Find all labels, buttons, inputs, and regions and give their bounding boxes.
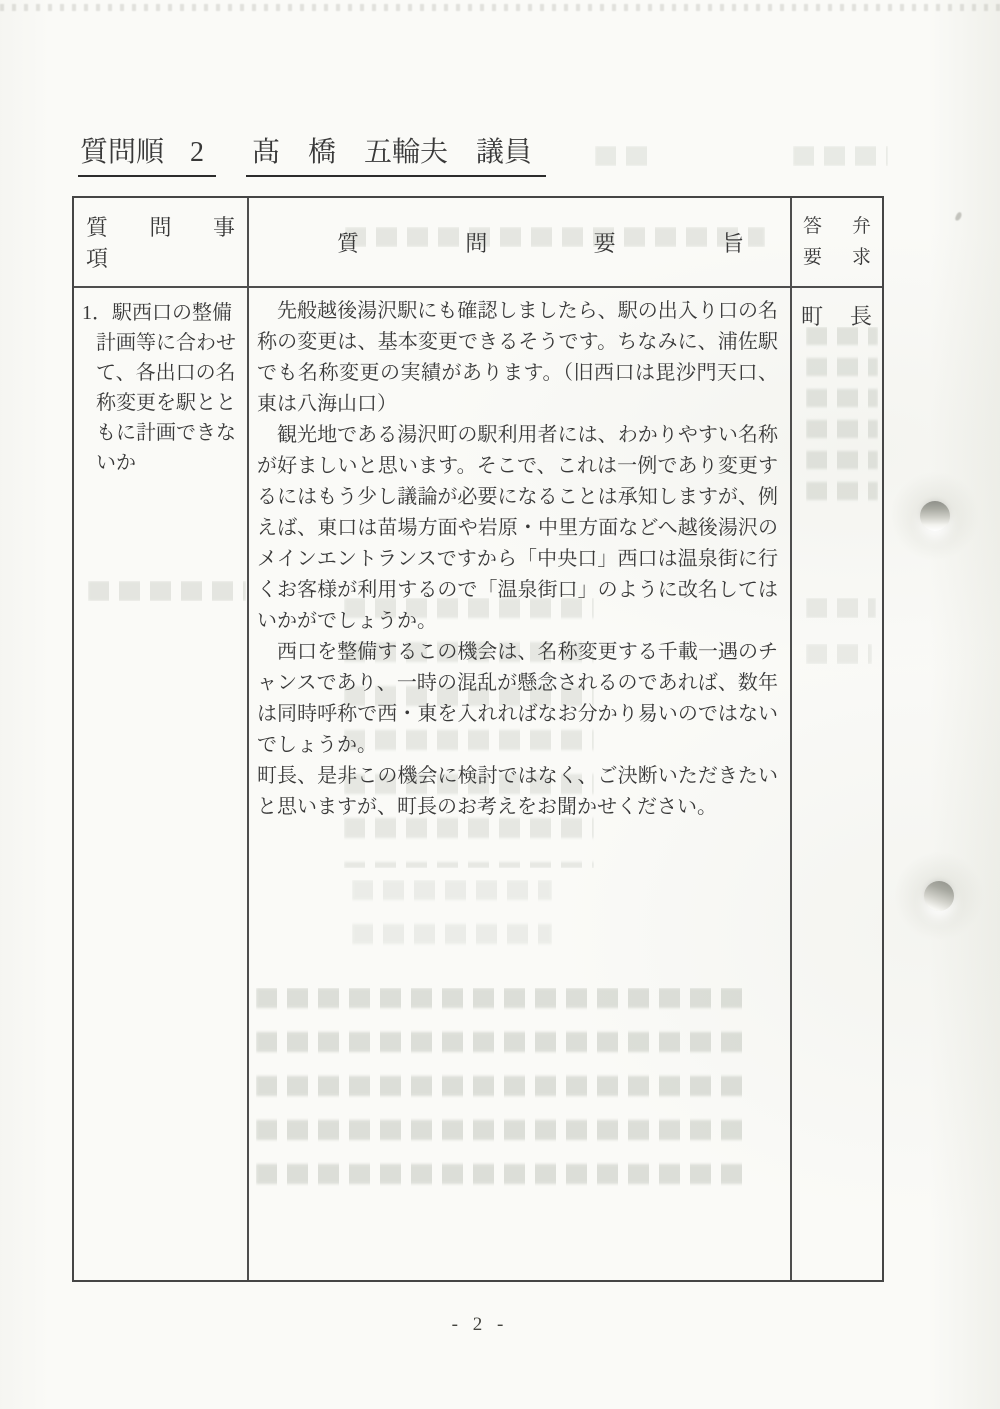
respondent-label: 町 長 (792, 300, 882, 331)
document-heading: 質問順2 髙 橋 五輪夫 議員 (78, 136, 546, 177)
question-item-line: 称変更を駅とと (82, 388, 239, 418)
bleed-through-text (793, 146, 888, 166)
question-item-line: 計画等に合わせ (82, 328, 239, 358)
header-answer-request-line1: 答 弁 (803, 215, 871, 239)
question-order: 質問順2 (78, 136, 216, 177)
hole-punch (920, 501, 950, 531)
question-table: 質 問 事 項 質 問 要 旨 答 弁 要 求 1．駅西口の整備 計画等に合わせ… (72, 196, 884, 1282)
answer-request-cell: 町 長 (792, 288, 882, 1280)
header-question-summary: 質 問 要 旨 (249, 198, 792, 288)
summary-paragraph: 西口を整備するこの機会は、名称変更する千載一遇のチャンスであり、一時の混乱が懸念… (257, 637, 778, 761)
bleed-through-text (595, 146, 655, 166)
header-question-summary-label: 質 問 要 旨 (337, 227, 744, 258)
question-item-line: 1．駅西口の整備 (82, 298, 239, 328)
hole-punch (924, 881, 954, 911)
council-member-name: 髙 橋 五輪夫 議員 (246, 136, 546, 177)
header-question-item: 質 問 事 項 (74, 198, 249, 288)
summary-paragraph: 観光地である湯沢町の駅利用者には、わかりやすい名称が好ましいと思います。そこで、… (257, 420, 778, 637)
question-item-line: もに計画できな (82, 418, 239, 448)
header-answer-request: 答 弁 要 求 (792, 198, 882, 288)
question-item-line: いか (82, 448, 239, 478)
question-item-line: て、各出口の名 (82, 358, 239, 388)
question-item-cell: 1．駅西口の整備 計画等に合わせ て、各出口の名 称変更を駅とと もに計画できな… (74, 288, 249, 1280)
question-order-label: 質問順 (80, 136, 164, 170)
question-summary-cell: 先般越後湯沢駅にも確認しましたら、駅の出入り口の名称の変更は、基本変更できるそう… (249, 288, 792, 1280)
summary-paragraph: 町長、是非この機会に検討ではなく、ご決断いただきたいと思いますが、町長のお考えを… (257, 761, 778, 823)
scan-artifact (954, 211, 962, 221)
page-number: - 2 - (0, 1314, 960, 1336)
header-question-item-label: 質 問 事 項 (86, 211, 235, 273)
summary-paragraph: 先般越後湯沢駅にも確認しましたら、駅の出入り口の名称の変更は、基本変更できるそう… (257, 296, 778, 420)
question-order-number: 2 (190, 136, 204, 170)
scan-noise (0, 4, 1000, 11)
header-answer-request-line2: 要 求 (803, 246, 871, 270)
